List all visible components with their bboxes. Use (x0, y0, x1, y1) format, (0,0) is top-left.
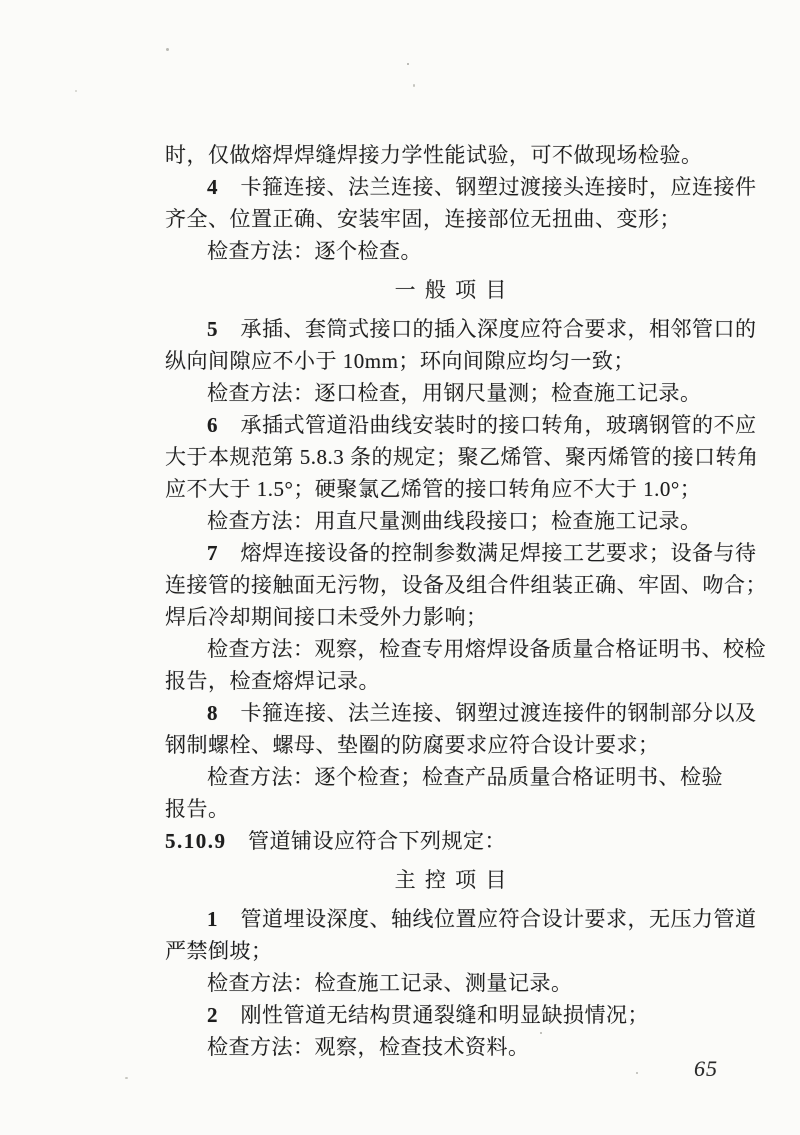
numbered-line: 4 卡箍连接、法兰连接、钢塑过渡接头连接时，应连接件 (165, 171, 738, 203)
scan-speck (125, 1077, 128, 1079)
text-line: 检查方法：检查施工记录、测量记录。 (165, 967, 738, 999)
scan-speck (636, 1072, 638, 1074)
text-line: 检查方法：逐个检查。 (165, 235, 738, 267)
text-line: 检查方法：观察，检查技术资料。 (165, 1031, 738, 1063)
numbered-line: 7 熔焊连接设备的控制参数满足焊接工艺要求；设备与待 (165, 537, 738, 569)
text-line: 严禁倒坡； (165, 935, 738, 967)
numbered-line: 8 卡箍连接、法兰连接、钢塑过渡连接件的钢制部分以及 (165, 697, 738, 729)
text-line: 焊后冷却期间接口未受外力影响； (165, 601, 738, 633)
text-line: 纵向间隙应不小于 10mm；环向间隙应均匀一致； (165, 345, 738, 377)
text-line: 检查方法：逐口检查，用钢尺量测；检查施工记录。 (165, 377, 738, 409)
text-line: 检查方法：观察，检查专用熔焊设备质量合格证明书、校检 (165, 633, 738, 665)
clause-number: 8 (207, 701, 219, 725)
text-line: 大于本规范第 5.8.3 条的规定；聚乙烯管、聚丙烯管的接口转角 (165, 441, 738, 473)
text-line: 齐全、位置正确、安装牢固，连接部位无扭曲、变形； (165, 203, 738, 235)
scan-speck (75, 90, 77, 92)
clause-number: 6 (207, 413, 219, 437)
scanned-document-page: 时，仅做熔焊焊缝焊接力学性能试验，可不做现场检验。4 卡箍连接、法兰连接、钢塑过… (0, 0, 800, 1135)
numbered-line: 2 刚性管道无结构贯通裂缝和明显缺损情况； (165, 999, 738, 1031)
text-line: 钢制螺栓、螺母、垫圈的防腐要求应符合设计要求； (165, 729, 738, 761)
text-line: 检查方法：用直尺量测曲线段接口；检查施工记录。 (165, 505, 738, 537)
clause-number: 4 (207, 175, 219, 199)
section-heading: 主 控 项 目 (165, 864, 738, 896)
scan-speck (540, 1032, 542, 1034)
clause-number: 7 (207, 541, 219, 565)
clause-number: 5.10.9 (165, 829, 227, 853)
text-line: 连接管的接触面无污物，设备及组合件组装正确、牢固、吻合； (165, 569, 738, 601)
text-line: 报告，检查熔焊记录。 (165, 665, 738, 697)
scan-speck (407, 63, 409, 65)
clause-number: 2 (207, 1003, 219, 1027)
numbered-line: 6 承插式管道沿曲线安装时的接口转角，玻璃钢管的不应 (165, 409, 738, 441)
clause-number: 1 (207, 907, 219, 931)
text-line: 检查方法：逐个检查；检查产品质量合格证明书、检验 (165, 761, 738, 793)
numbered-line: 1 管道埋设深度、轴线位置应符合设计要求，无压力管道 (165, 903, 738, 935)
scan-speck (166, 48, 169, 51)
text-line: 应不大于 1.5°；硬聚氯乙烯管的接口转角应不大于 1.0°； (165, 473, 738, 505)
section-heading: 一 般 项 目 (165, 274, 738, 306)
clause-number: 5 (207, 317, 219, 341)
numbered-line: 5 承插、套筒式接口的插入深度应符合要求，相邻管口的 (165, 313, 738, 345)
numbered-line: 5.10.9 管道铺设应符合下列规定： (165, 825, 738, 857)
text-line: 时，仅做熔焊焊缝焊接力学性能试验，可不做现场检验。 (165, 139, 738, 171)
page-text-content: 时，仅做熔焊焊缝焊接力学性能试验，可不做现场检验。4 卡箍连接、法兰连接、钢塑过… (165, 139, 738, 1063)
scan-speck (413, 84, 415, 87)
page-number: 65 (694, 1056, 718, 1082)
text-line: 报告。 (165, 793, 738, 825)
